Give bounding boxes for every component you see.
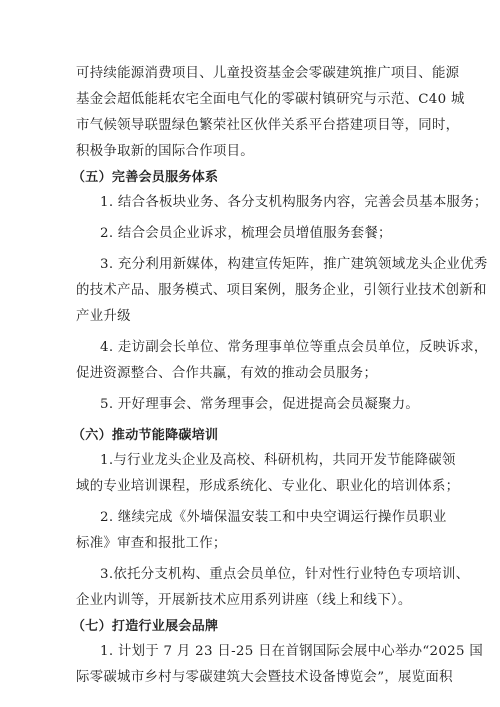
paragraph-line: 4. 走访副会长单位、常务理事单位等重点会员单位，反映诉求， <box>76 335 424 361</box>
section-heading: （六）推动节能降碳培训 <box>72 423 424 448</box>
list-item: 5. 开好理事会、常务理事会，促进提高会员凝聚力。 <box>76 392 424 418</box>
paragraph-line: 1.与行业龙头企业及高校、科研机构，共同开发节能降碳领 <box>76 448 424 474</box>
paragraph-line: 2. 继续完成《外墙保温安装工和中央空调运行操作员职业 <box>76 505 424 531</box>
paragraph-line: 3.依托分支机构、重点会员单位，针对性行业特色专项培训、 <box>76 562 424 588</box>
section-heading: （五）完善会员服务体系 <box>72 165 424 190</box>
paragraph-line: 积极争取新的国际合作项目。 <box>76 139 424 165</box>
list-item: 1. 结合各板块业务、各分支机构服务内容，完善会员基本服务； <box>76 190 424 216</box>
paragraph-line: 产业升级 <box>76 304 424 330</box>
list-item: 3. 充分利用新媒体，构建宣传矩阵，推广建筑领域龙头企业优秀 的技术产品、服务模… <box>76 252 424 330</box>
list-item: 4. 走访副会长单位、常务理事单位等重点会员单位，反映诉求， 促进资源整合、合作… <box>76 335 424 387</box>
section-heading: （七）打造行业展会品牌 <box>72 614 424 639</box>
paragraph-line: 标准》审查和报批工作； <box>76 531 424 557</box>
paragraph-line: 市气候领导联盟绿色繁荣社区伙伴关系平台搭建项目等，同时， <box>76 113 424 139</box>
list-item: 1. 计划于 7 月 23 日-25 日在首钢国际会展中心举办“2025 国 际… <box>76 639 424 691</box>
section-7: （七）打造行业展会品牌 1. 计划于 7 月 23 日-25 日在首钢国际会展中… <box>76 614 424 691</box>
paragraph-line: 际零碳城市乡村与零碳建筑大会暨技术设备博览会”，展览面积 <box>76 665 424 691</box>
list-item: 2. 结合会员企业诉求，梳理会员增值服务套餐； <box>76 221 424 247</box>
paragraph-line: 促进资源整合、合作共赢，有效的推动会员服务； <box>76 361 424 387</box>
document-page: 可持续能源消费项目、儿童投资基金会零碳建筑推广项目、能源 基金会超低能耗农宅全面… <box>76 61 424 691</box>
intro-paragraph: 可持续能源消费项目、儿童投资基金会零碳建筑推广项目、能源 基金会超低能耗农宅全面… <box>76 61 424 165</box>
paragraph-line: 企业内训等，开展新技术应用系列讲座（线上和线下）。 <box>76 588 424 614</box>
list-item: 2. 继续完成《外墙保温安装工和中央空调运行操作员职业 标准》审查和报批工作； <box>76 505 424 557</box>
paragraph-line: 域的专业培训课程，形成系统化、专业化、职业化的培训体系； <box>76 474 424 500</box>
paragraph-line: 3. 充分利用新媒体，构建宣传矩阵，推广建筑领域龙头企业优秀 <box>76 252 424 278</box>
paragraph-line: 可持续能源消费项目、儿童投资基金会零碳建筑推广项目、能源 <box>76 61 424 87</box>
section-6: （六）推动节能降碳培训 1.与行业龙头企业及高校、科研机构，共同开发节能降碳领 … <box>76 423 424 614</box>
list-item: 3.依托分支机构、重点会员单位，针对性行业特色专项培训、 企业内训等，开展新技术… <box>76 562 424 614</box>
section-5: （五）完善会员服务体系 1. 结合各板块业务、各分支机构服务内容，完善会员基本服… <box>76 165 424 418</box>
paragraph-line: 的技术产品、服务模式、项目案例，服务企业，引领行业技术创新和 <box>76 278 424 304</box>
list-item: 1.与行业龙头企业及高校、科研机构，共同开发节能降碳领 域的专业培训课程，形成系… <box>76 448 424 500</box>
paragraph-line: 基金会超低能耗农宅全面电气化的零碳村镇研究与示范、C40 城 <box>76 87 424 113</box>
paragraph-line: 1. 计划于 7 月 23 日-25 日在首钢国际会展中心举办“2025 国 <box>76 639 424 665</box>
